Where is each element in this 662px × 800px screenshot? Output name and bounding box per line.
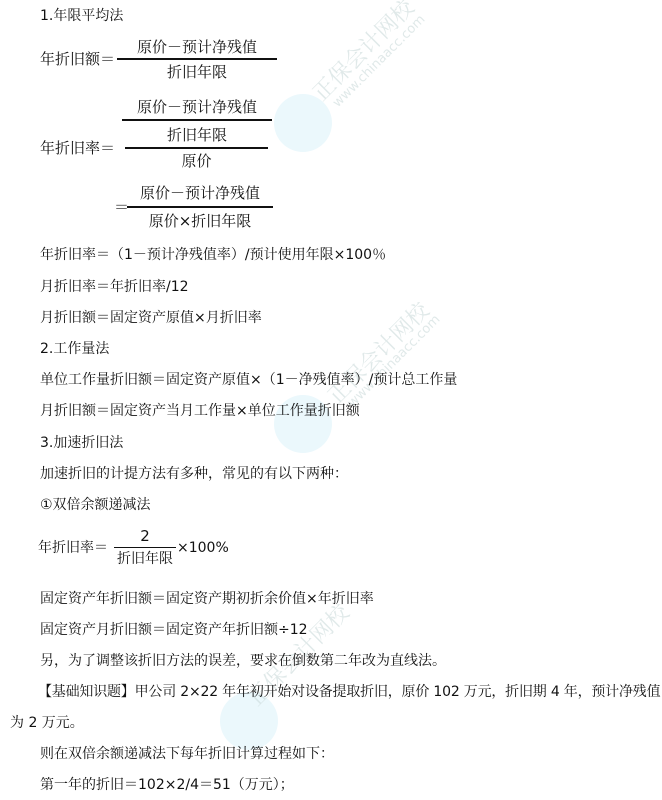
fraction-bar [127,206,273,208]
fraction-bar [117,58,277,60]
text-line: 月折旧率＝年折旧率/12 [40,279,189,295]
fraction-bar [125,147,268,149]
subsection-title: ①双倍余额递减法 [40,497,151,513]
watermark-text: 正保会计网校 [320,295,435,410]
text-line: 加速折旧的计提方法有多种，常见的有以下两种： [40,466,348,482]
formula-lhs: 年折旧率＝ [38,539,108,557]
formula-denominator: 原价 [125,152,268,170]
text-line: 年折旧率＝（1－预计净残值率）/预计使用年限×100％ [40,247,386,263]
formula-numerator: 原价－预计净残值 [127,184,273,202]
formula-denominator: 折旧年限 [117,63,277,81]
section-title: 3.加速折旧法 [40,435,123,451]
fraction-bar [122,119,272,121]
text-line: 第一年的折旧＝102×2/4＝51（万元）； [40,777,294,793]
formula-lhs: 年折旧额＝ [40,50,115,68]
example-text: 为 2 万元。 [10,715,84,731]
formula-numerator: 原价－预计净残值 [122,98,272,116]
fraction-bar [114,547,176,548]
text-line: 月折旧额＝固定资产原值×月折旧率 [40,310,262,326]
section-title: 2.工作量法 [40,341,109,357]
section-title: 1.年限平均法 [40,8,123,24]
formula-numerator: 原价－预计净残值 [117,38,277,56]
formula-suffix: ×100% [177,539,229,557]
text-line: 则在双倍余额递减法下每年折旧计算过程如下： [40,746,334,762]
text-line: 固定资产年折旧额＝固定资产期初折余价值×年折旧率 [40,591,374,607]
formula-numerator: 2 [114,527,176,545]
text-line: 单位工作量折旧额＝固定资产原值×（1－净残值率）/预计总工作量 [40,372,457,388]
formula-numerator: 折旧年限 [122,126,272,144]
text-line: 另，为了调整该折旧方法的误差，要求在倒数第二年改为直线法。 [40,653,446,669]
formula-denominator: 原价×折旧年限 [127,212,273,230]
example-text: 【基础知识题】甲公司 2×22 年年初开始对设备提取折旧，原价 102 万元，折… [38,684,660,700]
watermark-text: 正保会计网校 [305,0,420,107]
text-line: 月折旧额＝固定资产当月工作量×单位工作量折旧额 [40,403,360,419]
formula-lhs: 年折旧率＝ [40,139,115,157]
text-line: 固定资产月折旧额＝固定资产年折旧额÷12 [40,622,308,638]
formula-denominator: 折旧年限 [114,550,176,568]
